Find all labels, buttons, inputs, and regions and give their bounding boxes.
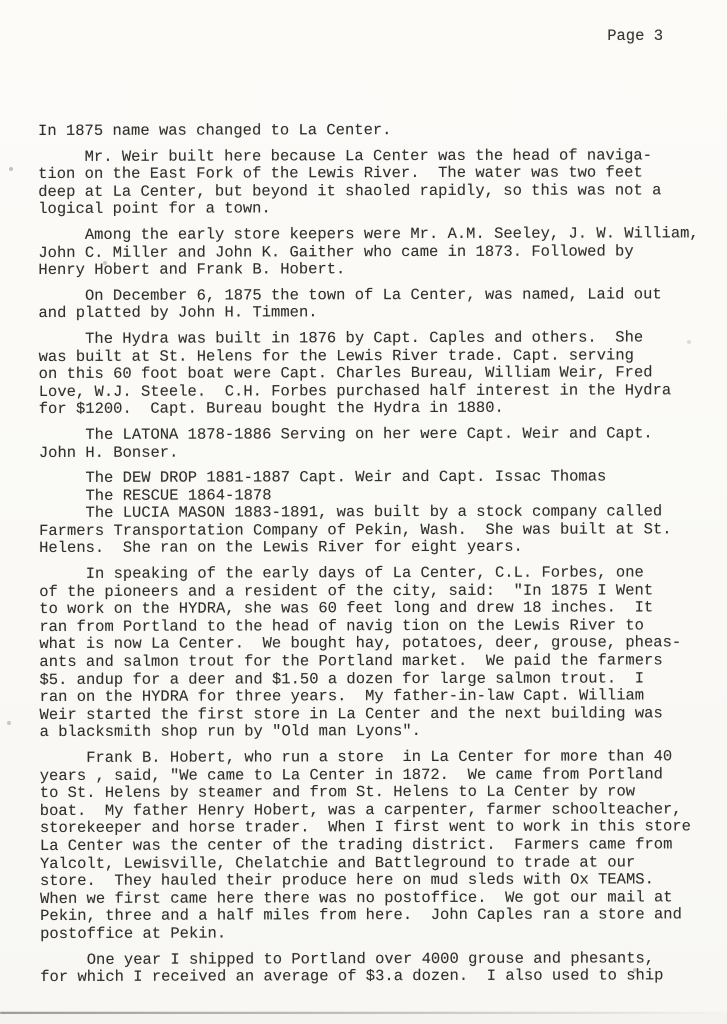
scanned-page: Page 3 In 1875 name was changed to La Ce… <box>0 0 727 1024</box>
paragraph: The Hydra was built in 1876 by Capt. Cap… <box>39 329 711 419</box>
paragraph: In 1875 name was changed to La Center. <box>38 121 710 140</box>
paragraph: Among the early store keepers were Mr. A… <box>38 225 710 280</box>
paragraph: In speaking of the early days of La Cent… <box>39 564 711 742</box>
paragraph: The DEW DROP 1881-1887 Capt. Weir and Ca… <box>39 468 711 558</box>
scan-noise-specks <box>0 0 2 2</box>
scan-bottom-margin <box>0 1014 727 1024</box>
document-body: In 1875 name was changed to La Center. M… <box>38 121 712 994</box>
paragraph: Mr. Weir built here because La Center wa… <box>38 147 710 219</box>
paragraph: One year I shipped to Portland over 4000… <box>40 950 712 987</box>
page-number: Page 3 <box>607 27 663 45</box>
paragraph: On December 6, 1875 the town of La Cente… <box>38 286 710 323</box>
paragraph: Frank B. Hobert, who run a store in La C… <box>40 748 713 943</box>
paragraph: The LATONA 1878-1886 Serving on her were… <box>39 425 711 462</box>
